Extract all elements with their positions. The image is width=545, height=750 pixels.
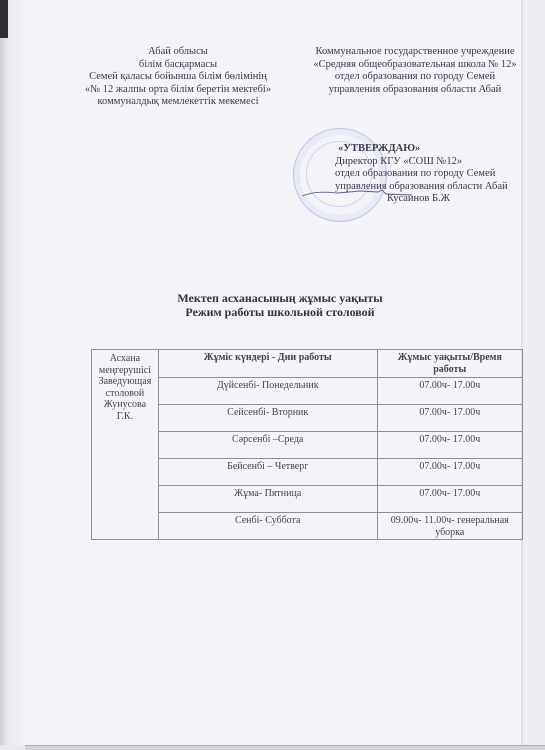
hours-cell: 09.00ч- 11.00ч- генеральная уборка <box>377 513 522 540</box>
header-line: отдел образования по городу Семей <box>290 71 540 84</box>
hours-cell: 07.00ч- 17.00ч <box>377 378 522 405</box>
header-line: білім басқармасы <box>58 59 298 72</box>
approval-line: управления образования области Абай <box>335 181 535 194</box>
scanner-right-strip <box>522 0 545 750</box>
approval-signer: Кусаинов Б.Ж <box>335 193 535 206</box>
manager-title-ru: Заведующая столовой <box>95 376 155 399</box>
approval-title: «УТВЕРЖДАЮ» <box>338 143 535 156</box>
manager-cell: Асхана меңгерушісі Заведующая столовой Ж… <box>92 350 159 540</box>
manager-name: Жунусова Г.К. <box>95 399 155 422</box>
hours-cell: 07.00ч- 17.00ч <box>377 405 522 432</box>
header-russian: Коммунальное государственное учреждение … <box>290 46 540 96</box>
header-hours: Жұмыс уақыты/Время работы <box>377 350 522 378</box>
manager-title-kz: Асхана меңгерушісі <box>95 353 155 376</box>
header-line: «№ 12 жалпы орта білім беретін мектебі» <box>58 84 298 97</box>
document-title: Мектеп асханасының жұмыс уақыты Режим ра… <box>150 291 410 319</box>
header-line: управления образования области Абай <box>290 84 540 97</box>
header-line: Абай облысы <box>58 46 298 59</box>
header-line: Коммунальное государственное учреждение <box>290 46 540 59</box>
hours-cell: 07.00ч- 17.00ч <box>377 432 522 459</box>
approval-block: «УТВЕРЖДАЮ» Директор КГУ «СОШ №12» отдел… <box>335 143 535 206</box>
scanner-edge <box>0 0 25 745</box>
header-line: Семей қаласы бойынша білім бөлімінің <box>58 71 298 84</box>
day-cell: Бейсенбі – Четверг <box>158 459 377 486</box>
hours-cell: 07.00ч- 17.00ч <box>377 459 522 486</box>
approval-line: отдел образования по городу Семей <box>335 168 535 181</box>
table-header-row: Асхана меңгерушісі Заведующая столовой Ж… <box>92 350 523 378</box>
day-cell: Сенбі- Суббота <box>158 513 377 540</box>
header-line: «Средняя общеобразовательная школа № 12» <box>290 59 540 72</box>
header-kazakh: Абай облысы білім басқармасы Семей қалас… <box>58 46 298 109</box>
title-kazakh: Мектеп асханасының жұмыс уақыты <box>150 291 410 305</box>
scanner-bottom-edge <box>25 745 545 750</box>
hours-cell: 07.00ч- 17.00ч <box>377 486 522 513</box>
header-days: Жұміс күндері - Дни работы <box>158 350 377 378</box>
day-cell: Жұма- Пятница <box>158 486 377 513</box>
header-line: коммуналдық мемлекеттік мекемесі <box>58 96 298 109</box>
title-russian: Режим работы школьной столовой <box>150 305 410 319</box>
schedule-table: Асхана меңгерушісі Заведующая столовой Ж… <box>91 349 523 540</box>
approval-line: Директор КГУ «СОШ №12» <box>335 156 535 169</box>
day-cell: Дүйсенбі- Понедельник <box>158 378 377 405</box>
day-cell: Сәрсенбі –Среда <box>158 432 377 459</box>
day-cell: Сейсенбі- Вторник <box>158 405 377 432</box>
